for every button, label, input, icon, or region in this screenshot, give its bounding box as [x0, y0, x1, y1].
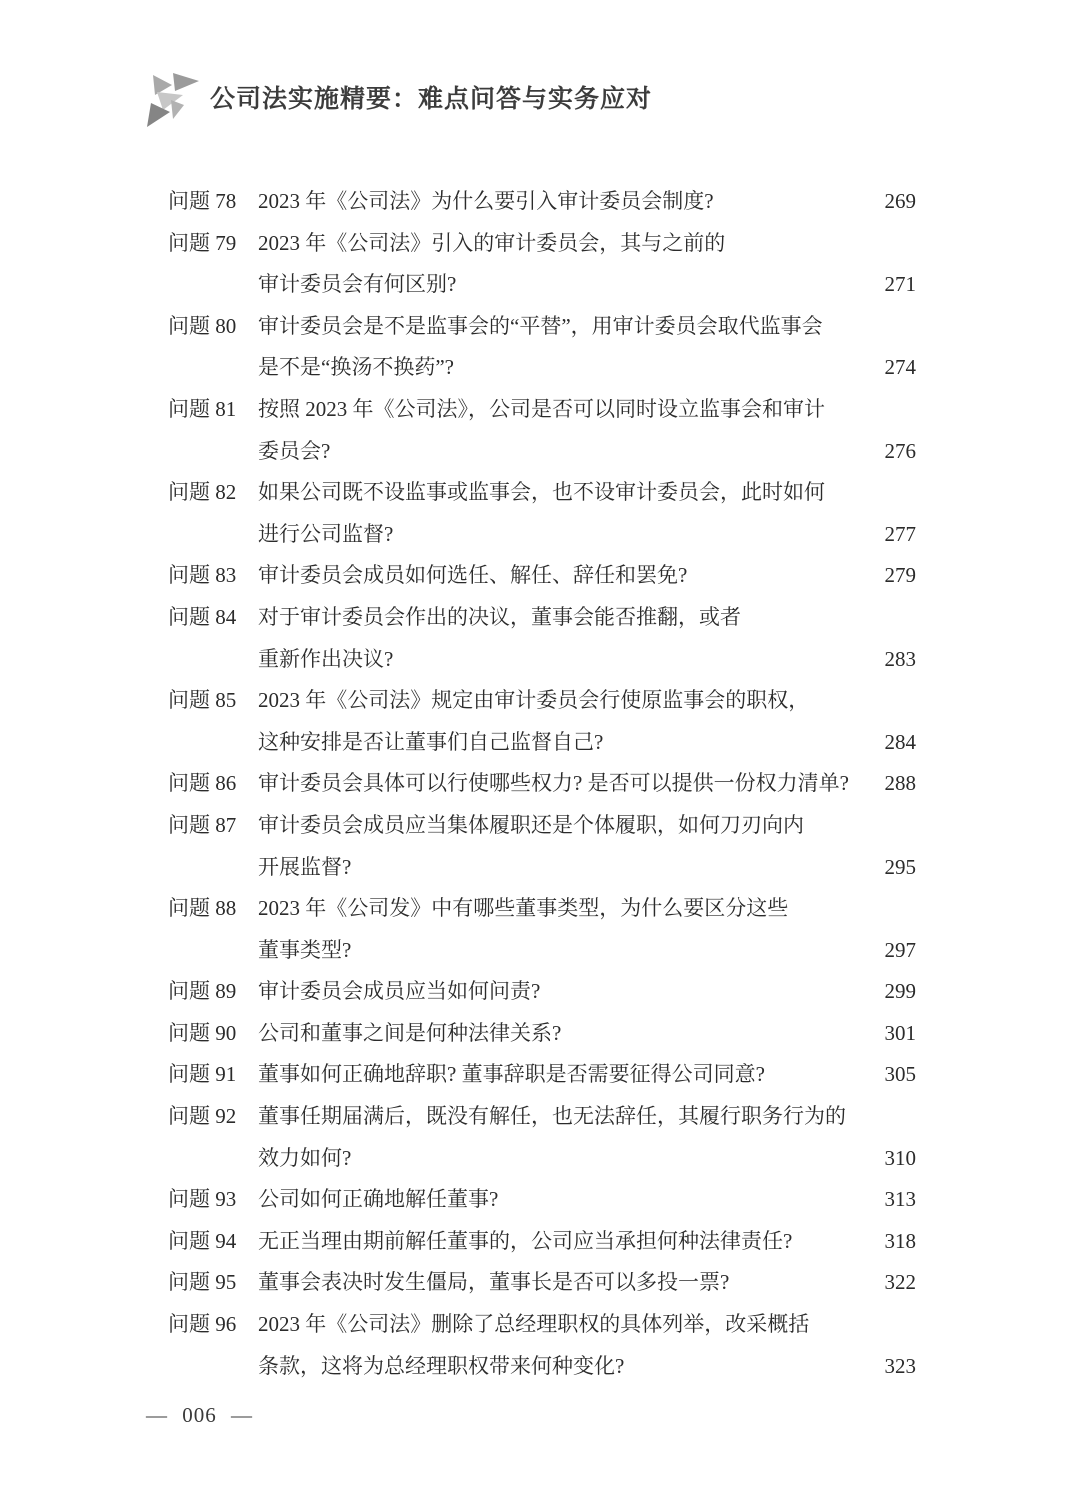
question-title-line: 条款，这将为总经理职权带来何种变化?	[258, 1346, 860, 1388]
question-label: 问题 89	[168, 971, 258, 1013]
page-number: 318	[860, 1221, 916, 1263]
page-number: 297	[860, 888, 916, 971]
question-label: 问题 87	[168, 805, 258, 888]
question-title: 审计委员会成员应当如何问责?	[258, 971, 860, 1013]
question-title-line: 2023 年《公司法》删除了总经理职权的具体列举，改采概括	[258, 1304, 860, 1346]
question-label: 问题 90	[168, 1013, 258, 1055]
toc-entry: 问题 80 审计委员会是不是监事会的“平替”，用审计委员会取代监事会是不是“换汤…	[168, 306, 916, 389]
toc-entry: 问题 92 董事任期届满后，既没有解任，也无法辞任，其履行职务行为的效力如何? …	[168, 1096, 916, 1179]
page-number: 283	[860, 597, 916, 680]
page-number: 322	[860, 1262, 916, 1304]
toc-entry: 问题 79 2023 年《公司法》引入的审计委员会，其与之前的审计委员会有何区别…	[168, 223, 916, 306]
page-number: 284	[860, 680, 916, 763]
question-title-line: 如果公司既不设监事或监事会，也不设审计委员会，此时如何	[258, 472, 860, 514]
page-number: 274	[860, 306, 916, 389]
question-title: 2023 年《公司发》中有哪些董事类型，为什么要区分这些董事类型?	[258, 888, 860, 971]
question-title-line: 进行公司监督?	[258, 514, 860, 556]
toc-entry: 问题 90 公司和董事之间是何种法律关系? 301	[168, 1013, 916, 1055]
page-number: 279	[860, 555, 916, 597]
question-title-line: 2023 年《公司法》引入的审计委员会，其与之前的	[258, 223, 860, 265]
question-title-line: 这种安排是否让董事们自己监督自己?	[258, 722, 860, 764]
page-footer: — 006 —	[146, 1401, 253, 1429]
toc-entry: 问题 94 无正当理由期前解任董事的，公司应当承担何种法律责任? 318	[168, 1221, 916, 1263]
question-title: 审计委员会成员如何选任、解任、辞任和罢免?	[258, 555, 860, 597]
question-title-line: 公司如何正确地解任董事?	[258, 1179, 860, 1221]
question-title-line: 效力如何?	[258, 1138, 860, 1180]
question-title-line: 审计委员会有何区别?	[258, 264, 860, 306]
question-label: 问题 94	[168, 1221, 258, 1263]
question-title: 董事如何正确地辞职? 董事辞职是否需要征得公司同意?	[258, 1054, 860, 1096]
toc-entry: 问题 85 2023 年《公司法》规定由审计委员会行使原监事会的职权，这种安排是…	[168, 680, 916, 763]
question-label: 问题 83	[168, 555, 258, 597]
question-label: 问题 78	[168, 181, 258, 223]
question-label: 问题 82	[168, 472, 258, 555]
question-label: 问题 91	[168, 1054, 258, 1096]
question-title: 董事任期届满后，既没有解任，也无法辞任，其履行职务行为的效力如何?	[258, 1096, 860, 1179]
book-toc-page: 公司法实施精要：难点问答与实务应对 问题 78 2023 年《公司法》为什么要引…	[0, 0, 1080, 1509]
question-title-line: 公司和董事之间是何种法律关系?	[258, 1013, 860, 1055]
question-title: 审计委员会具体可以行使哪些权力? 是否可以提供一份权力清单?	[258, 763, 860, 805]
question-title: 如果公司既不设监事或监事会，也不设审计委员会，此时如何进行公司监督?	[258, 472, 860, 555]
page-number: 269	[860, 181, 916, 223]
toc-entry: 问题 83 审计委员会成员如何选任、解任、辞任和罢免? 279	[168, 555, 916, 597]
question-title: 2023 年《公司法》删除了总经理职权的具体列举，改采概括条款，这将为总经理职权…	[258, 1304, 860, 1387]
question-title-line: 董事任期届满后，既没有解任，也无法辞任，其履行职务行为的	[258, 1096, 860, 1138]
folio-page-number: — 006 —	[146, 1403, 253, 1427]
question-title: 无正当理由期前解任董事的，公司应当承担何种法律责任?	[258, 1221, 860, 1263]
page-header: 公司法实施精要：难点问答与实务应对	[140, 64, 652, 130]
question-title-line: 董事会表决时发生僵局，董事长是否可以多投一票?	[258, 1262, 860, 1304]
question-title-line: 无正当理由期前解任董事的，公司应当承担何种法律责任?	[258, 1221, 860, 1263]
table-of-contents: 问题 78 2023 年《公司法》为什么要引入审计委员会制度? 269 问题 7…	[168, 181, 916, 1387]
question-title: 审计委员会成员应当集体履职还是个体履职，如何刀刃向内开展监督?	[258, 805, 860, 888]
question-label: 问题 93	[168, 1179, 258, 1221]
question-label: 问题 79	[168, 223, 258, 306]
page-number: 271	[860, 223, 916, 306]
toc-entry: 问题 93 公司如何正确地解任董事? 313	[168, 1179, 916, 1221]
toc-entry: 问题 88 2023 年《公司发》中有哪些董事类型，为什么要区分这些董事类型? …	[168, 888, 916, 971]
page-number: 323	[860, 1304, 916, 1387]
question-title-line: 重新作出决议?	[258, 639, 860, 681]
page-number: 295	[860, 805, 916, 888]
toc-entry: 问题 84 对于审计委员会作出的决议，董事会能否推翻，或者重新作出决议? 283	[168, 597, 916, 680]
page-number: 301	[860, 1013, 916, 1055]
question-title-line: 按照 2023 年《公司法》，公司是否可以同时设立监事会和审计	[258, 389, 860, 431]
question-title-line: 2023 年《公司法》规定由审计委员会行使原监事会的职权，	[258, 680, 860, 722]
toc-entry: 问题 86 审计委员会具体可以行使哪些权力? 是否可以提供一份权力清单? 288	[168, 763, 916, 805]
question-title-line: 2023 年《公司发》中有哪些董事类型，为什么要区分这些	[258, 888, 860, 930]
question-label: 问题 80	[168, 306, 258, 389]
page-number: 305	[860, 1054, 916, 1096]
question-label: 问题 92	[168, 1096, 258, 1179]
question-title-line: 审计委员会成员应当集体履职还是个体履职，如何刀刃向内	[258, 805, 860, 847]
question-label: 问题 96	[168, 1304, 258, 1387]
toc-entry: 问题 81 按照 2023 年《公司法》，公司是否可以同时设立监事会和审计委员会…	[168, 389, 916, 472]
pinwheel-logo-icon	[140, 64, 202, 130]
toc-entry: 问题 91 董事如何正确地辞职? 董事辞职是否需要征得公司同意? 305	[168, 1054, 916, 1096]
toc-entry: 问题 96 2023 年《公司法》删除了总经理职权的具体列举，改采概括条款，这将…	[168, 1304, 916, 1387]
question-title-line: 董事类型?	[258, 930, 860, 972]
toc-entry: 问题 78 2023 年《公司法》为什么要引入审计委员会制度? 269	[168, 181, 916, 223]
question-title: 2023 年《公司法》引入的审计委员会，其与之前的审计委员会有何区别?	[258, 223, 860, 306]
question-title: 按照 2023 年《公司法》，公司是否可以同时设立监事会和审计委员会?	[258, 389, 860, 472]
question-title: 2023 年《公司法》为什么要引入审计委员会制度?	[258, 181, 860, 223]
toc-entry: 问题 87 审计委员会成员应当集体履职还是个体履职，如何刀刃向内开展监督? 29…	[168, 805, 916, 888]
question-label: 问题 81	[168, 389, 258, 472]
question-title: 公司如何正确地解任董事?	[258, 1179, 860, 1221]
question-title: 公司和董事之间是何种法律关系?	[258, 1013, 860, 1055]
page-number: 277	[860, 472, 916, 555]
question-title-line: 开展监督?	[258, 847, 860, 889]
question-title: 审计委员会是不是监事会的“平替”，用审计委员会取代监事会是不是“换汤不换药”?	[258, 306, 860, 389]
question-title: 董事会表决时发生僵局，董事长是否可以多投一票?	[258, 1262, 860, 1304]
question-label: 问题 88	[168, 888, 258, 971]
toc-entry: 问题 89 审计委员会成员应当如何问责? 299	[168, 971, 916, 1013]
question-title: 2023 年《公司法》规定由审计委员会行使原监事会的职权，这种安排是否让董事们自…	[258, 680, 860, 763]
question-title-line: 审计委员会具体可以行使哪些权力? 是否可以提供一份权力清单?	[258, 763, 860, 805]
page-number: 313	[860, 1179, 916, 1221]
book-title: 公司法实施精要：难点问答与实务应对	[210, 79, 652, 115]
question-label: 问题 84	[168, 597, 258, 680]
page-number: 310	[860, 1096, 916, 1179]
question-label: 问题 86	[168, 763, 258, 805]
question-label: 问题 85	[168, 680, 258, 763]
question-title-line: 2023 年《公司法》为什么要引入审计委员会制度?	[258, 181, 860, 223]
question-title-line: 委员会?	[258, 431, 860, 473]
question-title-line: 对于审计委员会作出的决议，董事会能否推翻，或者	[258, 597, 860, 639]
page-number: 288	[860, 763, 916, 805]
toc-entry: 问题 95 董事会表决时发生僵局，董事长是否可以多投一票? 322	[168, 1262, 916, 1304]
question-title-line: 审计委员会是不是监事会的“平替”，用审计委员会取代监事会	[258, 306, 860, 348]
question-label: 问题 95	[168, 1262, 258, 1304]
question-title: 对于审计委员会作出的决议，董事会能否推翻，或者重新作出决议?	[258, 597, 860, 680]
question-title-line: 审计委员会成员应当如何问责?	[258, 971, 860, 1013]
toc-entry: 问题 82 如果公司既不设监事或监事会，也不设审计委员会，此时如何进行公司监督?…	[168, 472, 916, 555]
question-title-line: 是不是“换汤不换药”?	[258, 347, 860, 389]
page-number: 299	[860, 971, 916, 1013]
page-number: 276	[860, 389, 916, 472]
question-title-line: 审计委员会成员如何选任、解任、辞任和罢免?	[258, 555, 860, 597]
question-title-line: 董事如何正确地辞职? 董事辞职是否需要征得公司同意?	[258, 1054, 860, 1096]
